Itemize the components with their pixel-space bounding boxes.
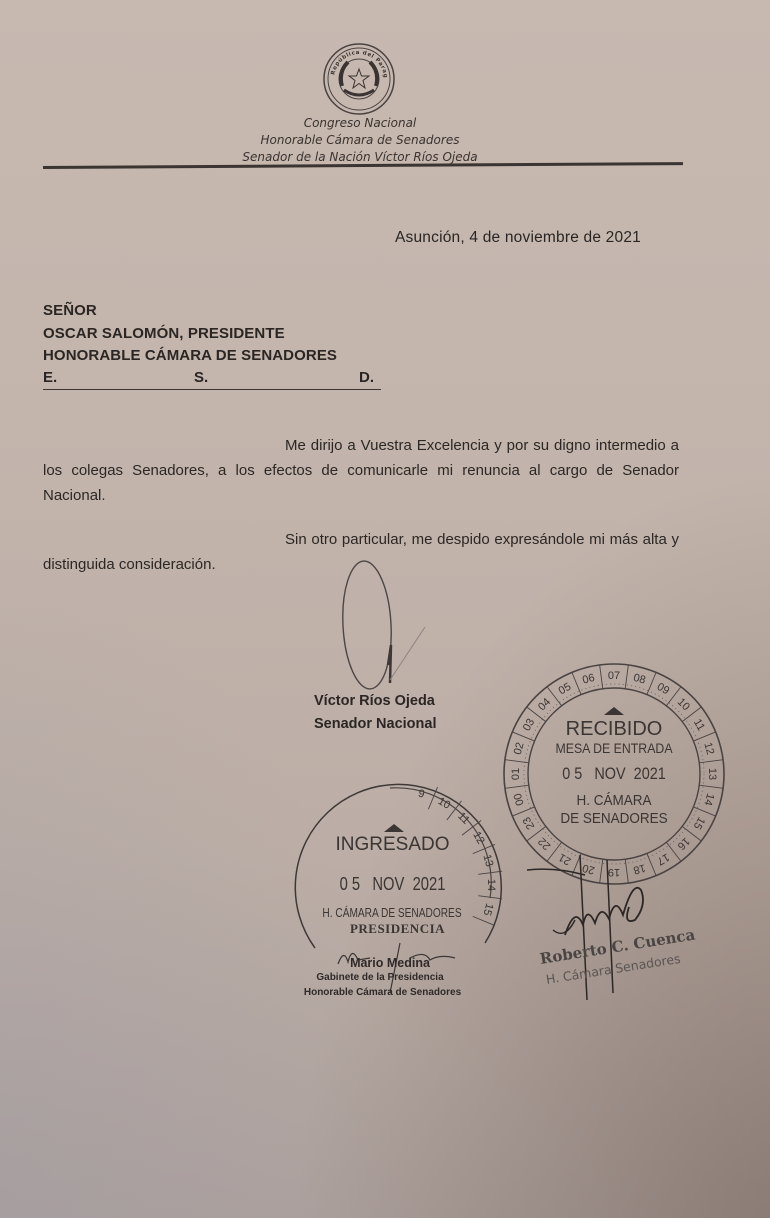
recipient-esd: E. S. D. <box>43 369 381 390</box>
stamp-hour-label: 06 <box>581 672 596 687</box>
stamp-hour-label: 9 <box>417 788 426 801</box>
signatory-name: Víctor Ríos Ojeda <box>314 693 435 709</box>
letterhead-line-congress: Congreso Nacional <box>200 115 520 132</box>
stamp-recibido-org-2: DE SENADORES <box>511 810 716 827</box>
medina-role: Gabinete de la Presidencia <box>300 972 460 983</box>
signatory-title: Senador Nacional <box>314 716 436 732</box>
letterhead-line-chamber: Honorable Cámara de Senadores <box>200 132 520 149</box>
stamp-recibido-date: 0 5 NOV 2021 <box>517 764 711 784</box>
medina-org: Honorable Cámara de Senadores <box>295 987 470 998</box>
recipient-salutation: SEÑOR <box>43 302 97 319</box>
stamp-hour-label: 16 <box>675 835 692 852</box>
national-seal-icon: República del Paraguay <box>322 42 396 116</box>
medina-name: Mario Medina <box>300 956 480 970</box>
recipient-institution: HONORABLE CÁMARA DE SENADORES <box>43 347 337 364</box>
stamp-hour-label: 09 <box>655 681 672 698</box>
esd-s: S. <box>194 369 208 386</box>
stamp-hour-label: 07 <box>608 670 620 682</box>
stamp-ingresado-dept: PRESIDENCIA <box>290 921 505 937</box>
stamp-hour-label: 15 <box>481 902 496 917</box>
esd-d: D. <box>359 369 374 386</box>
date-line: Asunción, 4 de noviembre de 2021 <box>395 229 641 247</box>
stamp-hour-label: 14 <box>485 879 497 891</box>
handwritten-signature-rios <box>330 555 440 695</box>
stamp-recibido-subtitle: MESA DE ENTRADA <box>514 740 715 756</box>
stamp-recibido-org-1: H. CÁMARA <box>511 792 716 809</box>
recipient-name: OSCAR SALOMÓN, PRESIDENTE <box>43 325 285 342</box>
stamp-hour-label: 08 <box>632 672 647 687</box>
stamp-ingresado-date: 0 5 NOV 2021 <box>308 874 476 895</box>
letterhead-divider <box>43 162 683 169</box>
stamp-recibido-title: RECIBIDO <box>500 718 728 741</box>
stamp-ingresado-title: INGRESADO <box>290 834 495 856</box>
body-paragraph-1: Me dirijo a Vuestra Excelencia y por su … <box>43 433 679 508</box>
stamp-ingresado-org: H. CÁMARA DE SENADORES <box>306 905 478 920</box>
esd-e: E. <box>43 369 57 386</box>
stamp-hour-label: 10 <box>675 696 692 713</box>
